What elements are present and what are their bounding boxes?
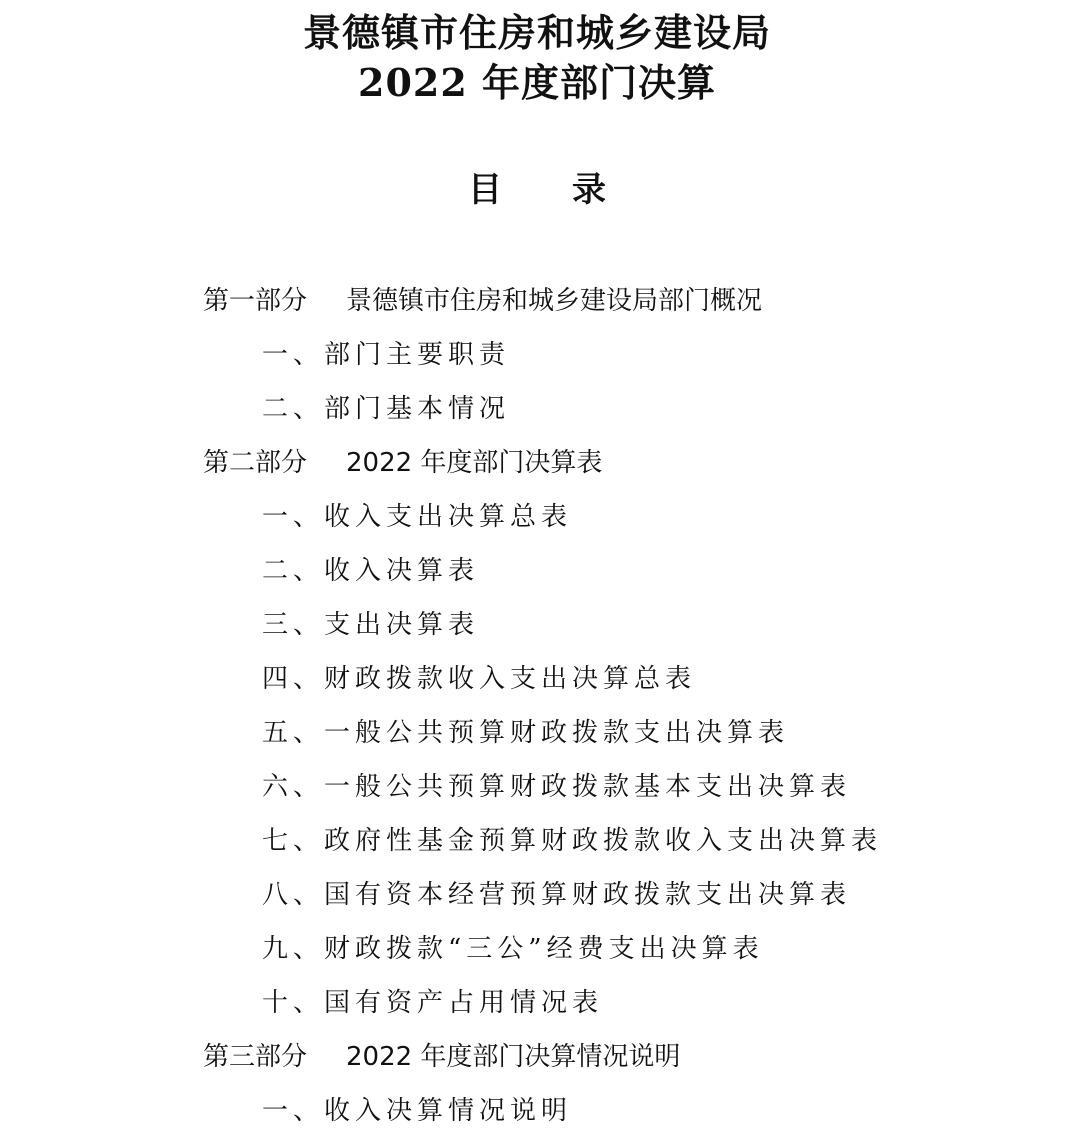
toc-item[interactable]: 一、部门主要职责 [262, 334, 510, 371]
toc-item[interactable]: 九、财政拨款“三公”经费支出决算表 [262, 928, 764, 965]
toc-item[interactable]: 五、一般公共预算财政拨款支出决算表 [262, 712, 789, 749]
toc-part-text: 2022 年度部门决算表 [346, 448, 602, 478]
toc-part-label: 第三部分 [203, 1036, 346, 1073]
toc-item[interactable]: 八、国有资本经营预算财政拨款支出决算表 [262, 874, 851, 911]
document-title-line2: 2022 年度部门决算 [0, 52, 1074, 107]
toc-item[interactable]: 一、收入支出决算总表 [262, 496, 572, 533]
toc-heading-char-1: 目 [468, 162, 502, 211]
toc-item[interactable]: 七、政府性基金预算财政拨款收入支出决算表 [262, 820, 882, 857]
toc-part-1[interactable]: 第一部分景德镇市住房和城乡建设局部门概况 [203, 280, 762, 317]
toc-part-3[interactable]: 第三部分2022 年度部门决算情况说明 [203, 1036, 680, 1073]
toc-item[interactable]: 三、支出决算表 [262, 604, 479, 641]
toc-heading: 目录 [0, 162, 1074, 211]
toc-item[interactable]: 二、部门基本情况 [262, 388, 510, 425]
toc-part-text: 景德镇市住房和城乡建设局部门概况 [346, 286, 762, 316]
toc-item[interactable]: 二、收入决算表 [262, 550, 479, 587]
toc-part-label: 第二部分 [203, 442, 346, 479]
toc-part-2[interactable]: 第二部分2022 年度部门决算表 [203, 442, 602, 479]
toc-item[interactable]: 十、国有资产占用情况表 [262, 982, 603, 1019]
toc-heading-char-2: 录 [572, 162, 606, 211]
toc-part-text: 2022 年度部门决算情况说明 [346, 1042, 680, 1072]
toc-item[interactable]: 四、财政拨款收入支出决算总表 [262, 658, 696, 695]
toc-part-label: 第一部分 [203, 280, 346, 317]
toc-item[interactable]: 六、一般公共预算财政拨款基本支出决算表 [262, 766, 851, 803]
toc-item[interactable]: 一、收入决算情况说明 [262, 1090, 572, 1127]
document-title-line1: 景德镇市住房和城乡建设局 [0, 2, 1074, 57]
